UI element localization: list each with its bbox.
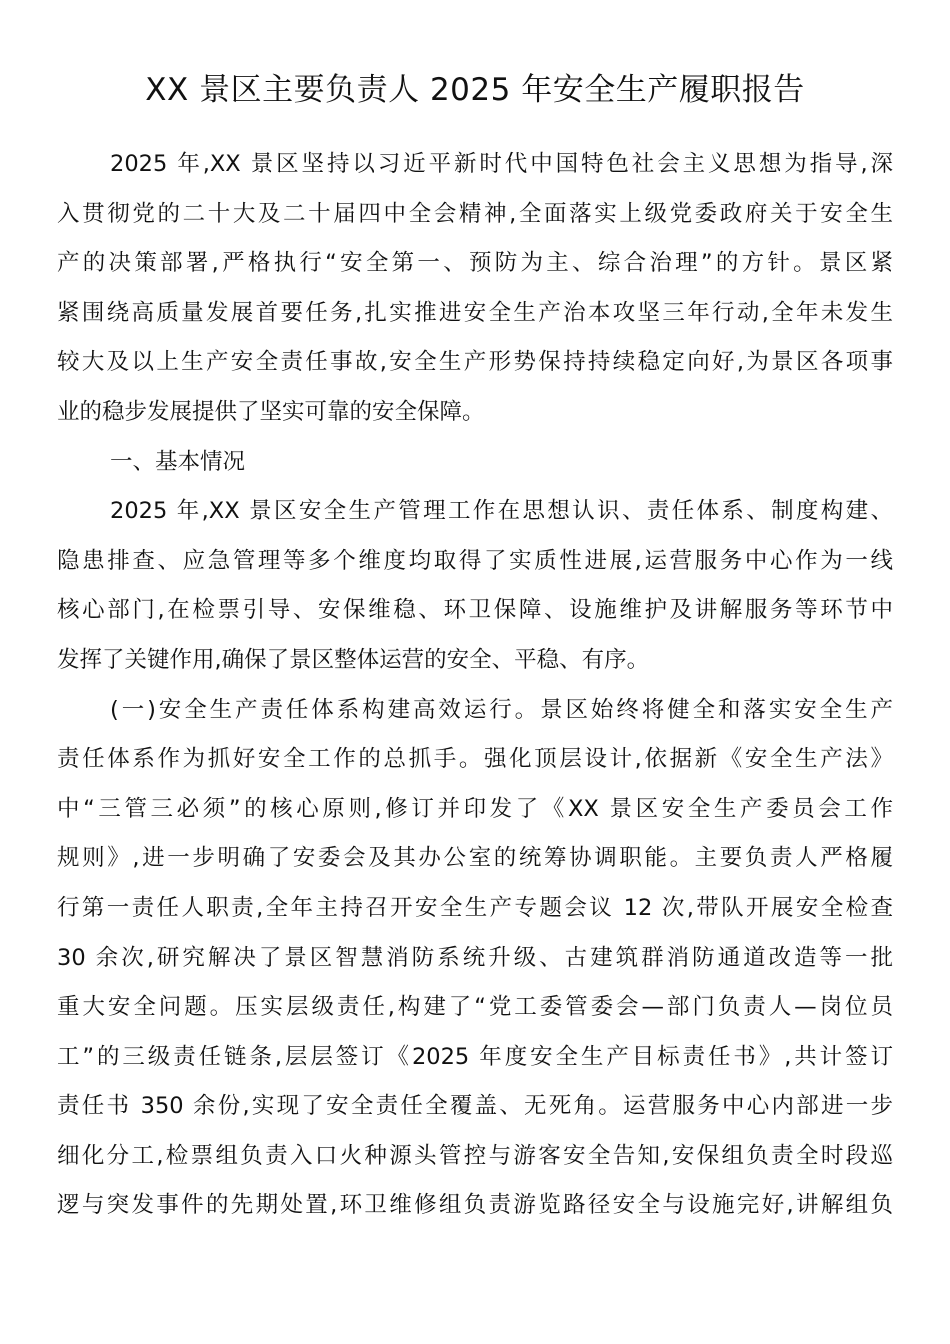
- text-line: 2025 年,XX 景区坚持以习近平新时代中国特色社会主义思想为指导,深: [57, 140, 893, 190]
- text-line: 隐患排查、应急管理等多个维度均取得了实质性进展,运营服务中心作为一线: [57, 537, 893, 587]
- text-line: 发挥了关键作用,确保了景区整体运营的安全、平稳、有序。: [57, 636, 893, 686]
- paragraph-intro: 2025 年,XX 景区坚持以习近平新时代中国特色社会主义思想为指导,深 入贯彻…: [57, 140, 893, 438]
- text-line: 入贯彻党的二十大及二十届四中全会精神,全面落实上级党委政府关于安全生: [57, 190, 893, 240]
- section-heading: 一、基本情况: [57, 438, 893, 488]
- text-line: 重大安全问题。压实层级责任,构建了“党工委管委会—部门负责人—岗位员: [57, 983, 893, 1033]
- text-line: 业的稳步发展提供了坚实可靠的安全保障。: [57, 388, 893, 438]
- text-line: 规则》,进一步明确了安委会及其办公室的统筹协调职能。主要负责人严格履: [57, 834, 893, 884]
- text-line: 紧围绕高质量发展首要任务,扎实推进安全生产治本攻坚三年行动,全年未发生: [57, 289, 893, 339]
- document-page: XX 景区主要负责人 2025 年安全生产履职报告 2025 年,XX 景区坚持…: [0, 0, 950, 1344]
- text-line: 行第一责任人职责,全年主持召开安全生产专题会议 12 次,带队开展安全检查: [57, 884, 893, 934]
- document-title: XX 景区主要负责人 2025 年安全生产履职报告: [0, 68, 950, 112]
- text-line: 产的决策部署,严格执行“安全第一、预防为主、综合治理”的方针。景区紧: [57, 239, 893, 289]
- text-line: 工”的三级责任链条,层层签订《2025 年度安全生产目标责任书》,共计签订: [57, 1033, 893, 1083]
- text-line: 中“三管三必须”的核心原则,修订并印发了《XX 景区安全生产委员会工作: [57, 785, 893, 835]
- paragraph-responsibility-system: (一)安全生产责任体系构建高效运行。景区始终将健全和落实安全生产 责任体系作为抓…: [57, 686, 893, 1232]
- paragraph-basic-situation: 2025 年,XX 景区安全生产管理工作在思想认识、责任体系、制度构建、 隐患排…: [57, 487, 893, 685]
- text-line: (一)安全生产责任体系构建高效运行。景区始终将健全和落实安全生产: [57, 686, 893, 736]
- text-line: 2025 年,XX 景区安全生产管理工作在思想认识、责任体系、制度构建、: [57, 487, 893, 537]
- document-body: 2025 年,XX 景区坚持以习近平新时代中国特色社会主义思想为指导,深 入贯彻…: [57, 140, 893, 1231]
- text-line: 细化分工,检票组负责入口火种源头管控与游客安全告知,安保组负责全时段巡: [57, 1132, 893, 1182]
- text-line: 责任体系作为抓好安全工作的总抓手。强化顶层设计,依据新《安全生产法》: [57, 735, 893, 785]
- section-heading-text: 一、基本情况: [57, 438, 893, 488]
- text-line: 责任书 350 余份,实现了安全责任全覆盖、无死角。运营服务中心内部进一步: [57, 1082, 893, 1132]
- text-line: 核心部门,在检票引导、安保维稳、环卫保障、设施维护及讲解服务等环节中: [57, 586, 893, 636]
- text-line: 较大及以上生产安全责任事故,安全生产形势保持持续稳定向好,为景区各项事: [57, 338, 893, 388]
- text-line: 逻与突发事件的先期处置,环卫维修组负责游览路径安全与设施完好,讲解组负: [57, 1181, 893, 1231]
- text-line: 30 余次,研究解决了景区智慧消防系统升级、古建筑群消防通道改造等一批: [57, 934, 893, 984]
